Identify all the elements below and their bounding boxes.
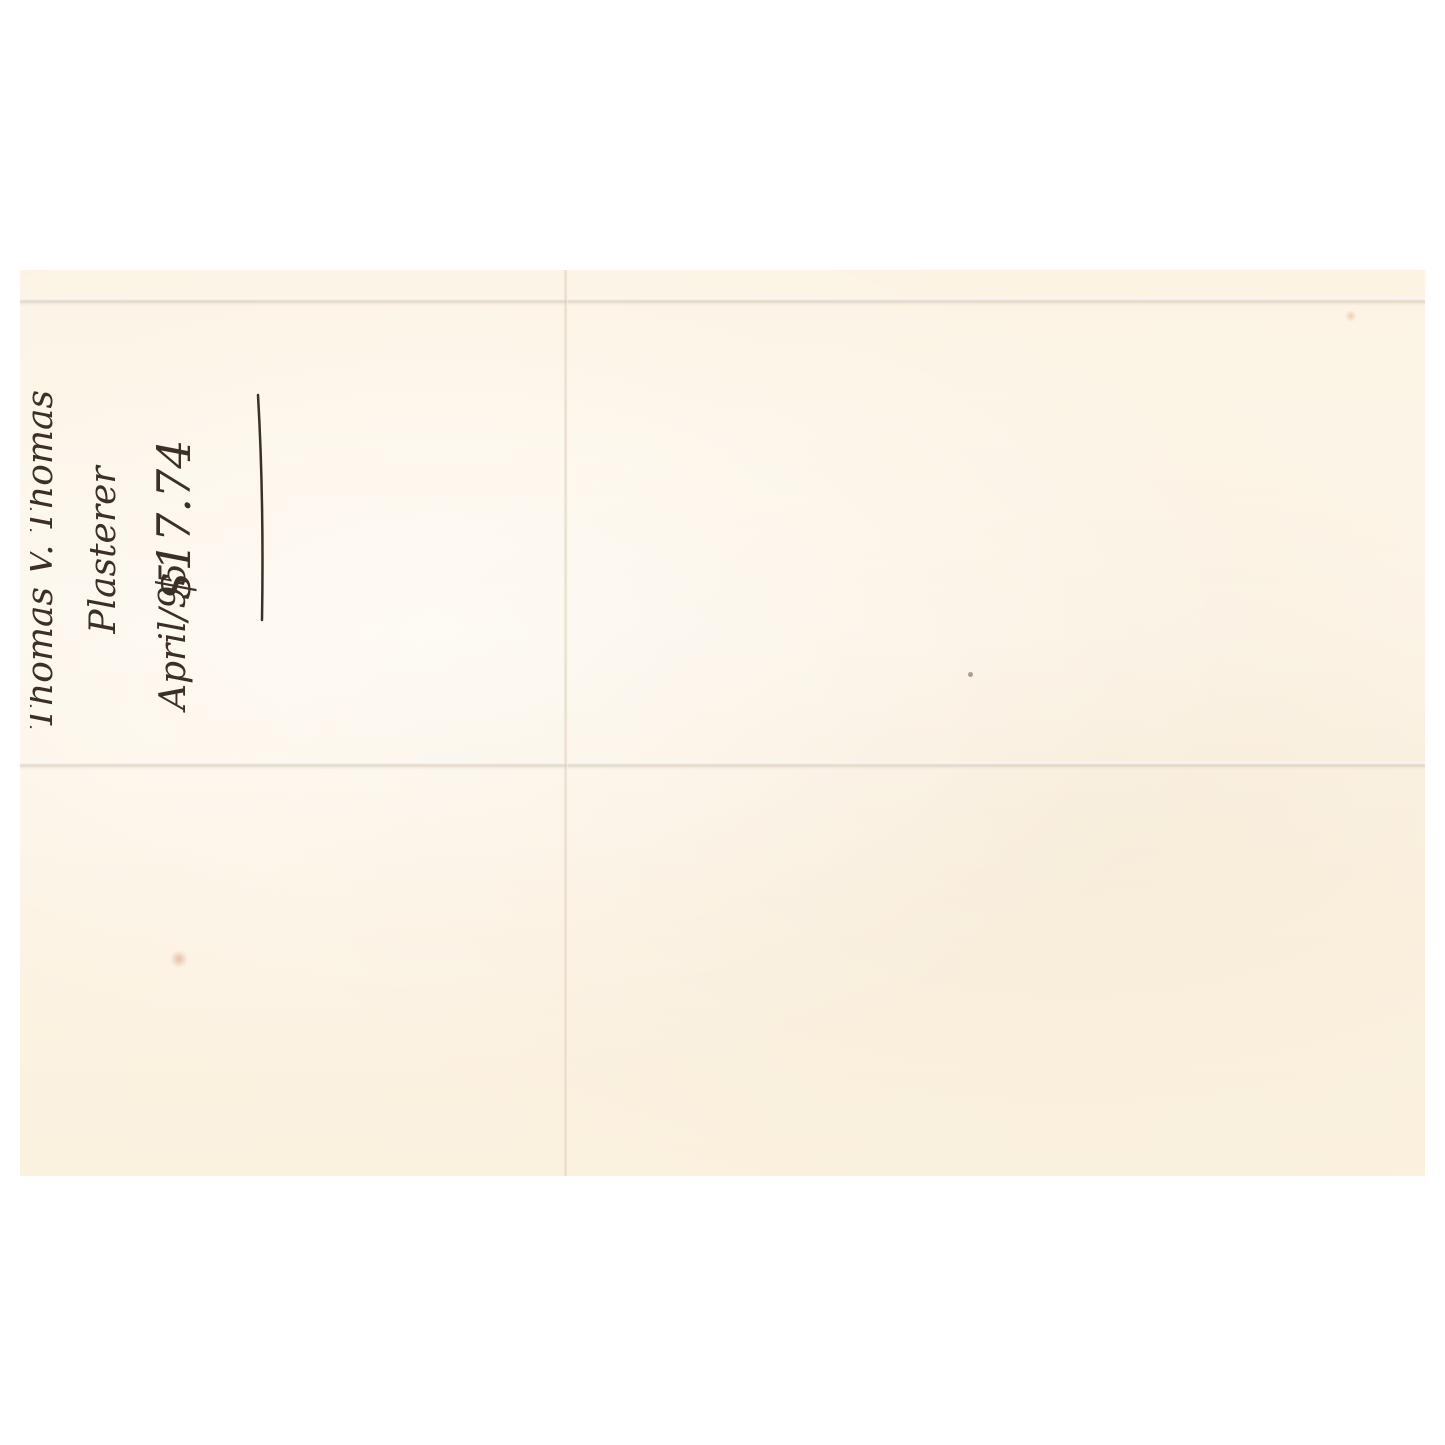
ink-spot <box>170 950 188 968</box>
dust-speck <box>968 672 973 677</box>
age-spot <box>1345 310 1357 322</box>
docket-name: Thomas V. Thomas <box>30 390 61 730</box>
underline-stroke <box>258 395 263 620</box>
docket-trade: Plasterer <box>83 465 124 635</box>
docket-text: Thomas V. Thomas Plasterer April/95 $17.… <box>30 350 270 770</box>
handwritten-docket: Thomas V. Thomas Plasterer April/95 $17.… <box>30 350 270 770</box>
vertical-fold <box>564 270 568 1176</box>
horizontal-fold-top <box>20 298 1425 306</box>
docket-amount: $17.74 <box>147 440 201 601</box>
